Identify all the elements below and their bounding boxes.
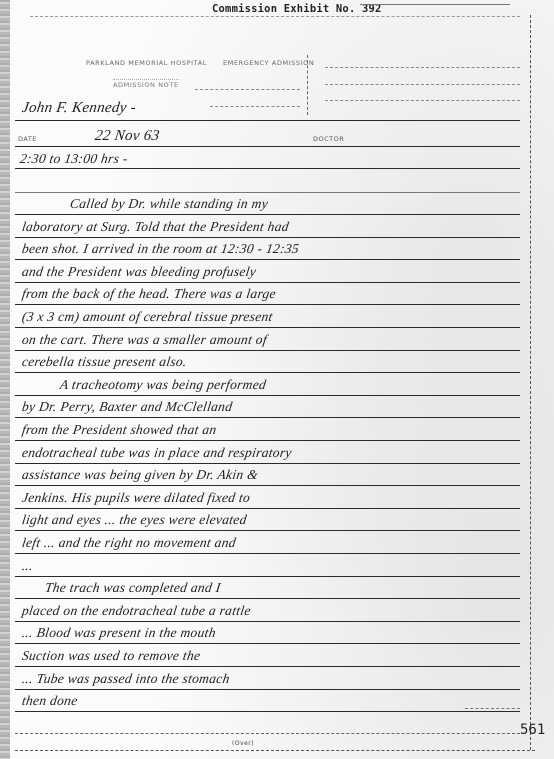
note-line: (3 x 3 cm) amount of cerebral tissue pre… [21,309,274,325]
ruled-line [15,146,520,147]
scanned-page: Commission Exhibit No. 392 Parkland Memo… [0,0,554,759]
note-line: then done [21,693,79,709]
doctor-label: Doctor [313,135,344,143]
ruled-line [15,666,520,667]
page-number: 561 [520,722,545,738]
note-line: Called by Dr. while standing in my [69,196,269,212]
note-line: endotracheal tube was in place and respi… [21,445,293,461]
ruled-line [15,733,520,734]
ruled-line [15,192,520,193]
admission-date: 22 Nov 63 [94,128,161,145]
note-line: ... Tube was passed into the stomach [21,671,231,687]
note-line: placed on the endotracheal tube a rattle [21,603,252,619]
ruled-line [15,395,520,396]
ruled-line [15,237,520,238]
over-label: (Over) [232,740,254,747]
ruled-line [15,168,520,169]
admission-time: 2:30 to 13:00 hrs - [19,151,129,167]
note-line: been shot. I arrived in the room at 12:3… [21,241,300,257]
ruled-line [15,598,520,599]
note-line: from the President showed that an [21,422,218,438]
note-line: on the cart. There was a smaller amount … [21,332,268,348]
scan-edge [0,0,10,759]
note-line: ... [21,558,34,574]
note-line: light and eyes ... the eyes were elevate… [21,512,248,528]
note-line: laboratory at Surg. Told that the Presid… [21,219,290,235]
margin-line [530,15,531,750]
ruled-line [15,350,520,351]
ruled-line [15,530,520,531]
ruled-line [15,711,520,712]
note-line: Jenkins. His pupils were dilated fixed t… [21,490,251,506]
ruled-line [15,304,520,305]
ruled-line [15,576,520,577]
admission-note-title: Admission Note [113,79,179,89]
ruled-line [15,689,520,690]
department-text: Emergency Admission [223,59,314,67]
bottom-rule [15,750,535,751]
ruled-line [15,463,520,464]
ruled-line [15,259,520,260]
ruled-line [15,621,520,622]
note-line: ... Blood was present in the mouth [21,625,217,641]
ruled-line [15,372,520,373]
note-line: A tracheotomy was being performed [59,377,267,393]
top-rule [30,16,520,17]
ruled-line [15,643,520,644]
ruled-line [15,282,520,283]
patient-name: John F. Kennedy - [21,100,137,117]
exhibit-title: Commission Exhibit No. 392 [212,3,382,15]
ruled-line [15,440,520,441]
ruled-line [15,508,520,509]
note-line: left ... and the right no movement and [21,535,237,551]
note-line: assistance was being given by Dr. Akin & [21,467,259,483]
ruled-line [15,485,520,486]
ruled-line [15,214,520,215]
hospital-name-text: Parkland Memorial Hospital [86,59,207,67]
note-line: The trach was completed and I [44,580,222,596]
note-line: cerebella tissue present also. [21,354,188,370]
note-line: by Dr. Perry, Baxter and McClelland [21,399,234,415]
note-line: from the back of the head. There was a l… [21,286,277,302]
ruled-line [15,417,520,418]
ruled-line [465,708,520,709]
date-label: Date [18,135,37,143]
ruled-line [15,120,520,121]
exhibit-rule [360,4,510,5]
ruled-line [15,327,520,328]
note-line: Suction was used to remove the [21,648,202,664]
note-line: and the President was bleeding profusely [21,264,257,280]
hospital-name: Parkland Memorial Hospital Emergency Adm… [86,59,314,67]
ruled-line [15,553,520,554]
